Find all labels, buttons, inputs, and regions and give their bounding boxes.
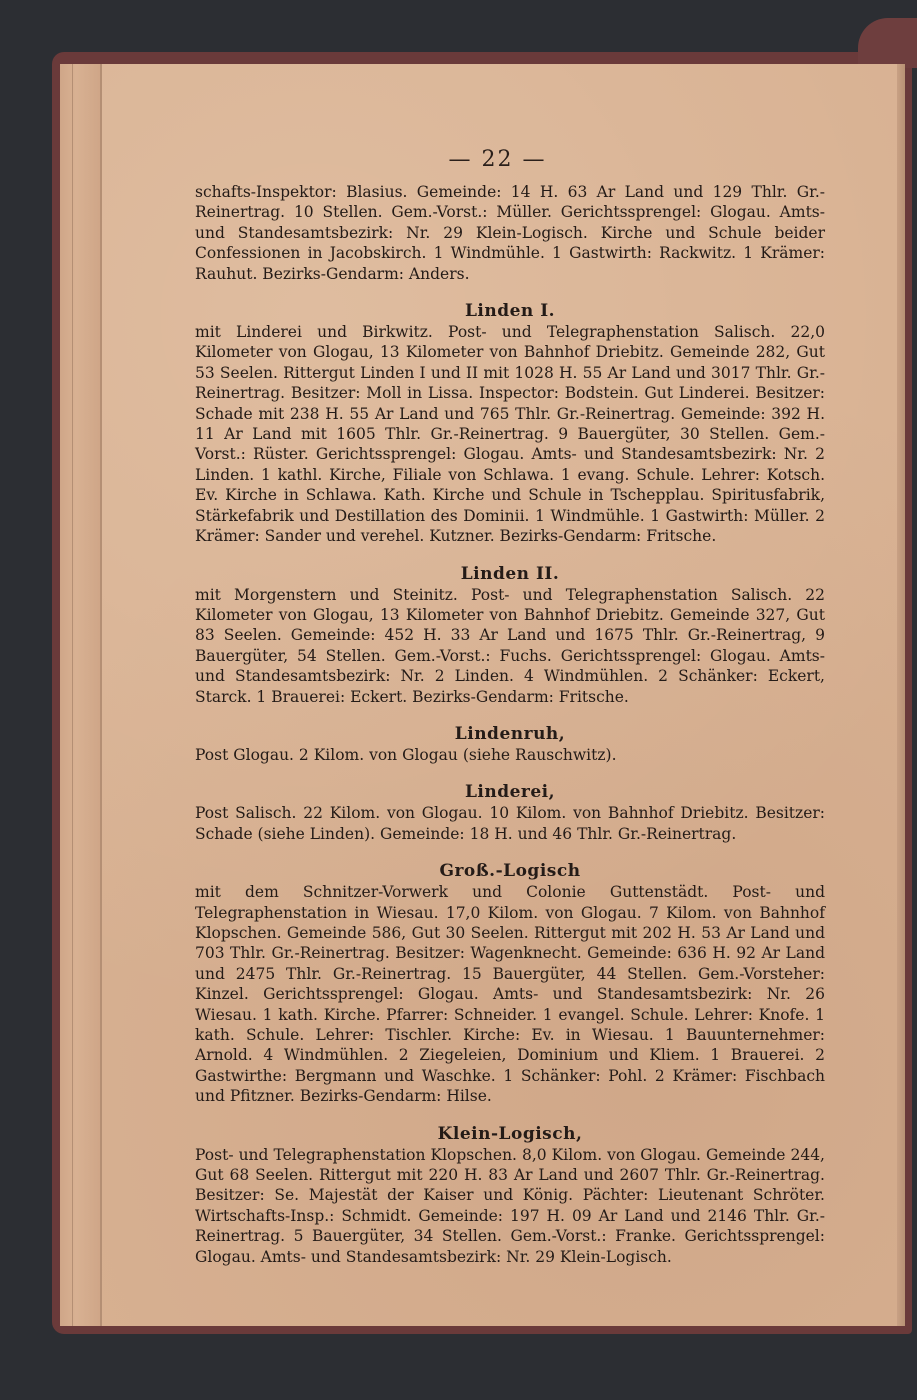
entry-title: Linden I. xyxy=(195,300,825,322)
page-stack-edge xyxy=(60,64,102,1326)
book-cover-corner xyxy=(858,18,917,68)
entry-title: Linderei, xyxy=(195,781,825,803)
entry-gross-logisch: Groß.-Logisch mit dem Schnitzer-Vorwerk … xyxy=(195,860,825,1106)
entry-title: Linden II. xyxy=(195,563,825,585)
entry-body: mit Linderei und Birkwitz. Post- und Tel… xyxy=(195,322,825,546)
entry-body: Post- und Telegraphenstation Klopschen. … xyxy=(195,1145,825,1267)
text-block: schafts-Inspektor: Blasius. Gemeinde: 14… xyxy=(195,182,825,1267)
entry-title: Groß.-Logisch xyxy=(195,860,825,882)
entry-title: Lindenruh, xyxy=(195,723,825,745)
entry-linden-2: Linden II. mit Morgenstern und Steinitz.… xyxy=(195,563,825,707)
continuation-paragraph: schafts-Inspektor: Blasius. Gemeinde: 14… xyxy=(195,182,825,284)
entry-body: Post Salisch. 22 Kilom. von Glogau. 10 K… xyxy=(195,803,825,844)
entry-linderei: Linderei, Post Salisch. 22 Kilom. von Gl… xyxy=(195,781,825,844)
entry-lindenruh: Lindenruh, Post Glogau. 2 Kilom. von Glo… xyxy=(195,723,825,765)
entry-klein-logisch: Klein-Logisch, Post- und Telegraphenstat… xyxy=(195,1123,825,1267)
book-page: — 22 — schafts-Inspektor: Blasius. Gemei… xyxy=(60,64,905,1326)
page-right-edge xyxy=(897,64,905,1326)
entry-body: mit Morgenstern und Steinitz. Post- und … xyxy=(195,585,825,707)
entry-title: Klein-Logisch, xyxy=(195,1123,825,1145)
entry-linden-1: Linden I. mit Linderei und Birkwitz. Pos… xyxy=(195,300,825,546)
page-number: — 22 — xyxy=(60,147,905,172)
entry-body: Post Glogau. 2 Kilom. von Glogau (siehe … xyxy=(195,745,825,765)
entry-body: mit dem Schnitzer-Vorwerk und Colonie Gu… xyxy=(195,882,825,1106)
